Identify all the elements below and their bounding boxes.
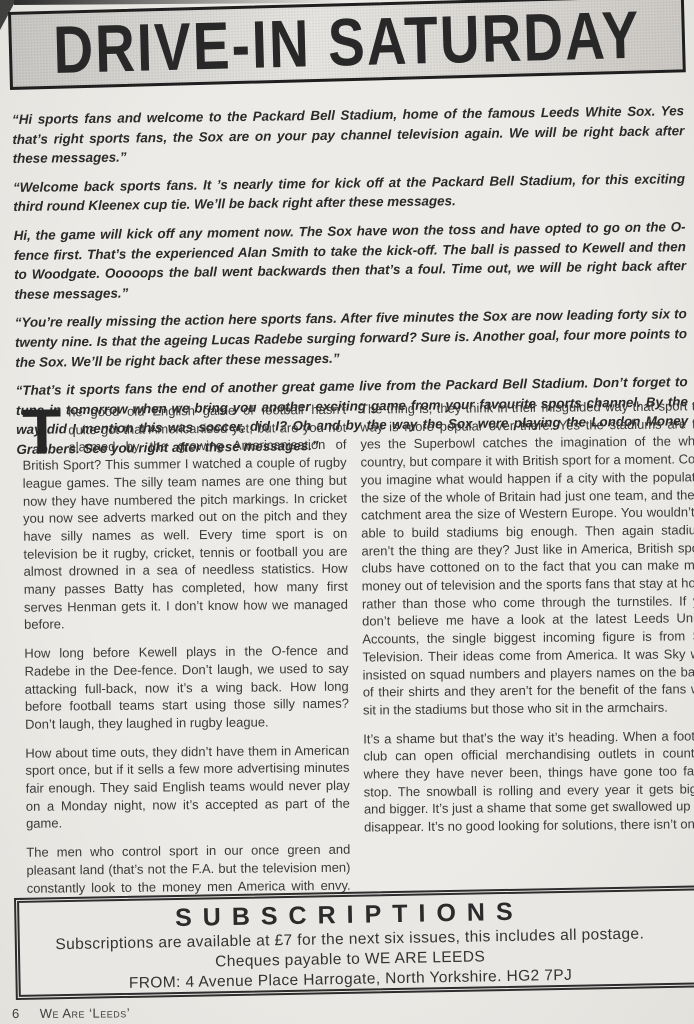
page-title: DRIVE-IN SATURDAY [52, 0, 641, 89]
article-column-right: The thing is, they think in their misgui… [360, 397, 694, 958]
quote-paragraph: Hi, the game will kick off any moment no… [14, 217, 687, 304]
article-paragraph: The good old English game of football ha… [22, 401, 348, 634]
quote-paragraph: “Welcome back sports fans. It ’s nearly … [13, 169, 685, 217]
paragraph-text: he good old English game of football has… [23, 402, 348, 633]
quote-paragraph: “Hi sports fans and welcome to the Packa… [12, 101, 685, 169]
article-paragraph: How long before Kewell plays in the O-fe… [24, 642, 349, 734]
page-footer: 6 We Are ‘Leeds’ [12, 1005, 130, 1021]
drop-cap: T [22, 406, 62, 456]
quote-paragraph: “You’re really missing the action here s… [15, 305, 688, 373]
magazine-title: We Are ‘Leeds’ [40, 1005, 131, 1020]
fanzine-page: DRIVE-IN SATURDAY “Hi sports fans and we… [0, 0, 694, 1024]
masthead: DRIVE-IN SATURDAY [8, 0, 686, 90]
article-paragraph: How about time outs, they didn’t have th… [25, 741, 350, 833]
subscriptions-box: SUBSCRIPTIONS Subscriptions are availabl… [14, 885, 694, 1000]
article-body: The good old English game of football ha… [0, 397, 694, 961]
page-number: 6 [12, 1006, 20, 1021]
article-paragraph: The thing is, they think in their misgui… [360, 397, 694, 719]
article-column-left: The good old English game of football ha… [22, 401, 351, 961]
article-paragraph: It’s a shame but that’s the way it’s hea… [363, 727, 694, 837]
